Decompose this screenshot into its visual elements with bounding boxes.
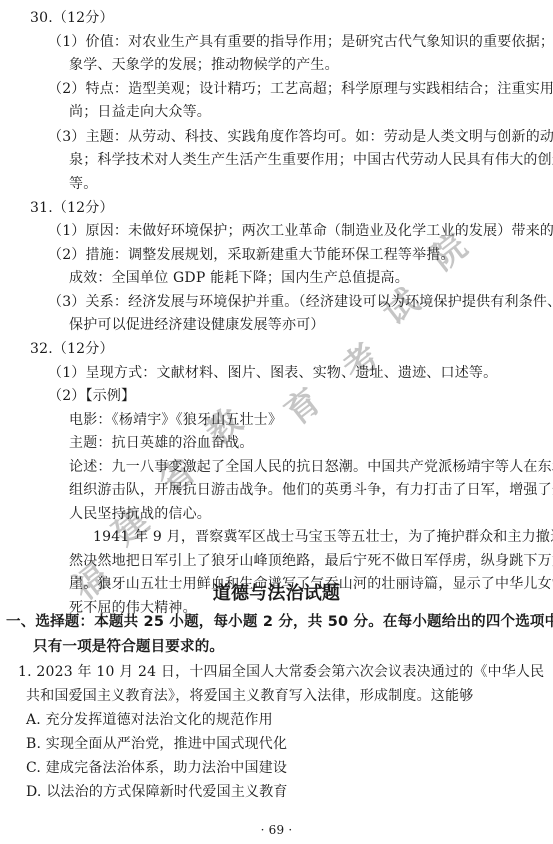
option-d: D. 以法治的方式保障新时代爱国主义教育 — [26, 782, 288, 802]
answer-line: 保护可以促进经济建设健康发展等亦可） — [69, 315, 325, 335]
option-a: A. 充分发挥道德对法治文化的规范作用 — [26, 710, 273, 730]
section-title: 道德与法治试题 — [0, 582, 553, 606]
answer-line: （3）主题：从劳动、科技、实践角度作答均可。如：劳动是人类文明与创新的动力和源 — [48, 127, 553, 147]
answer-line: 泉；科学技术对人类生产生活产生重要作用；中国古代劳动人民具有伟大的创造力 — [69, 150, 553, 170]
section-instructions: 一、选择题：本题共 25 小题，每小题 2 分，共 50 分。在每小题给出的四个… — [6, 612, 553, 632]
question-stem: 1. 2023 年 10 月 24 日，十四届全国人大常委会第六次会议表决通过的… — [18, 662, 544, 682]
document-page: 福 建 省 教 育 考 试 院 30.（12分） （1）价值：对农业生产具有重要… — [0, 0, 553, 844]
section-instructions: 只有一项是符合题目要求的。 — [33, 637, 224, 657]
answer-line: 尚；日益走向大众等。 — [69, 102, 211, 122]
answer-line: （1）价值：对农业生产具有重要的指导作用；是研究古代气象知识的重要依据；推动气 — [48, 32, 553, 52]
question-stem: 共和国爱国主义教育法》，将爱国主义教育写入法律，形成制度。这能够 — [26, 686, 473, 706]
option-b: B. 实现全面从严治党，推进中国式现代化 — [26, 734, 287, 754]
answer-line: （1）呈现方式：文献材料、图片、图表、实物、遗址、遗迹、口述等。 — [48, 363, 497, 383]
question-header-30: 30.（12分） — [30, 8, 114, 28]
answer-line: （2）【示例】 — [48, 386, 135, 406]
answer-line: 象学、天象学的发展；推动物候学的产生。 — [69, 55, 339, 75]
option-c: C. 建成完备法治体系，助力法治中国建设 — [26, 758, 287, 778]
answer-line: （3）关系：经济发展与环境保护并重。（经济建设可以为环境保护提供有利条件、环境 — [48, 292, 553, 312]
answer-line: 等。 — [69, 174, 97, 194]
answer-line: （2）特点：造型美观；设计精巧；工艺高超；科学原理与实践相结合；注重实用性；引领… — [48, 79, 553, 99]
answer-line: （2）措施：调整发展规划，采取新建重大节能环保工程等举措。 — [48, 245, 455, 265]
answer-line: 成效：全国单位 GDP 能耗下降；国内生产总值提高。 — [69, 268, 409, 288]
answer-line: 然决然地把日军引上了狼牙山峰顶绝路，最后宁死不做日军俘虏，纵身跳下万丈悬 — [69, 551, 553, 571]
answer-line: （1）原因：未做好环境保护；两次工业革命（制造业及化学工业的发展）带来的污染。 — [48, 221, 553, 241]
answer-line: 1941 年 9 月，晋察冀军区战士马宝玉等五壮士，为了掩护群众和主力撤退，毅 — [93, 527, 553, 547]
answer-line: 人民坚持抗战的信心。 — [69, 504, 211, 524]
question-header-31: 31.（12分） — [30, 198, 114, 218]
answer-line: 论述：九一八事变激起了全国人民的抗日怒潮。中国共产党派杨靖宇等人在东北 — [69, 457, 553, 477]
page-number: · 69 · — [0, 820, 553, 840]
answer-line: 电影：《杨靖宇》《狼牙山五壮士》 — [69, 410, 282, 430]
answer-line: 主题：抗日英雄的浴血奋战。 — [69, 433, 254, 453]
answer-line: 组织游击队，开展抗日游击战争。他们的英勇斗争，有力打击了日军，增强了全国 — [69, 480, 553, 500]
question-header-32: 32.（12分） — [30, 339, 114, 359]
